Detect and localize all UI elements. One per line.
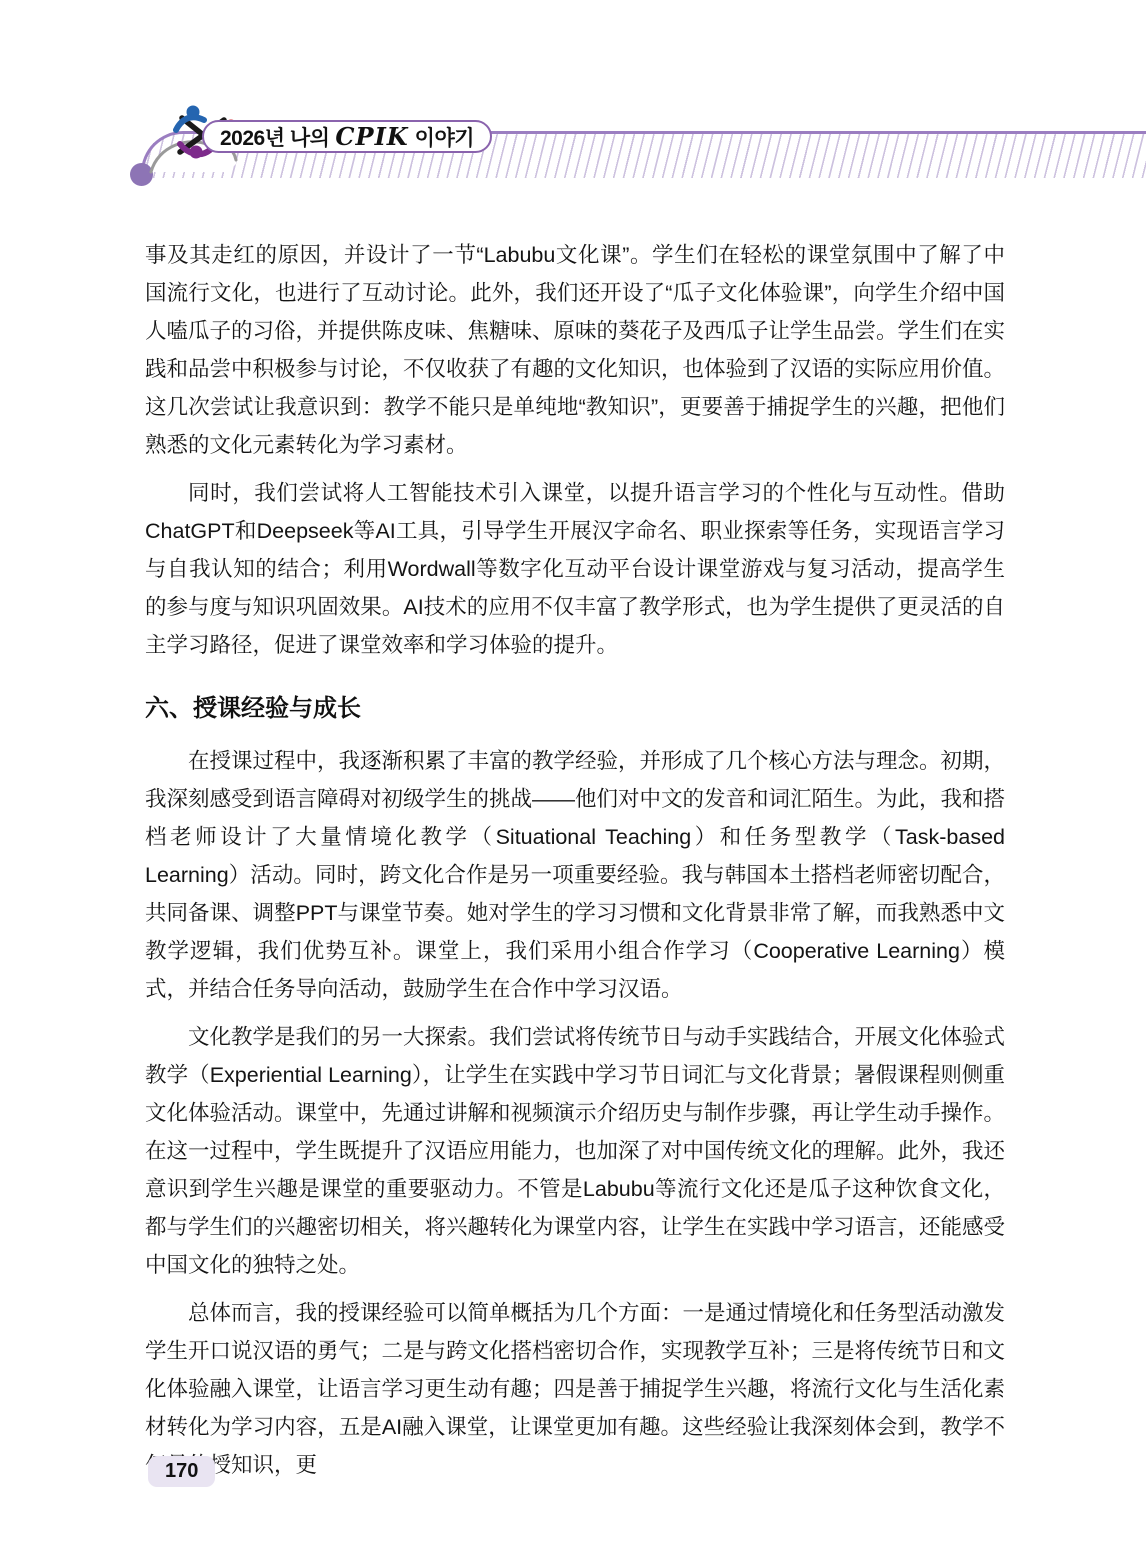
paragraph-4: 文化教学是我们的另一大探索。我们尝试将传统节日与动手实践结合，开展文化体验式教学… [145,1018,1005,1284]
paragraph-3: 在授课过程中，我逐渐积累了丰富的教学经验，并形成了几个核心方法与理念。初期，我深… [145,742,1005,1008]
paragraph-2: 同时，我们尝试将人工智能技术引入课堂，以提升语言学习的个性化与互动性。借助Cha… [145,474,1005,664]
paragraph-1: 事及其走红的原因，并设计了一节“Labubu文化课”。学生们在轻松的课堂氛围中了… [145,236,1005,464]
header-title-suffix: 이야기 [415,122,474,152]
paragraph-5: 总体而言，我的授课经验可以简单概括为几个方面：一是通过情境化和任务型活动激发学生… [145,1294,1005,1484]
section-heading: 六、授课经验与成长 [145,692,1005,726]
header-title-box: 2026년 나의 CPIK 이야기 [202,120,492,153]
document-page: 2026년 나의 CPIK 이야기 事及其走红的原因，并设计了一节“Labubu… [0,0,1146,1555]
header-title-brand: CPIK [335,122,408,151]
header-title-prefix: 2026년 나의 [220,122,329,152]
document-body: 事及其走红的原因，并设计了一节“Labubu文化课”。学生们在轻松的课堂氛围中了… [145,236,1005,1494]
page-number-badge: 170 [148,1456,215,1487]
